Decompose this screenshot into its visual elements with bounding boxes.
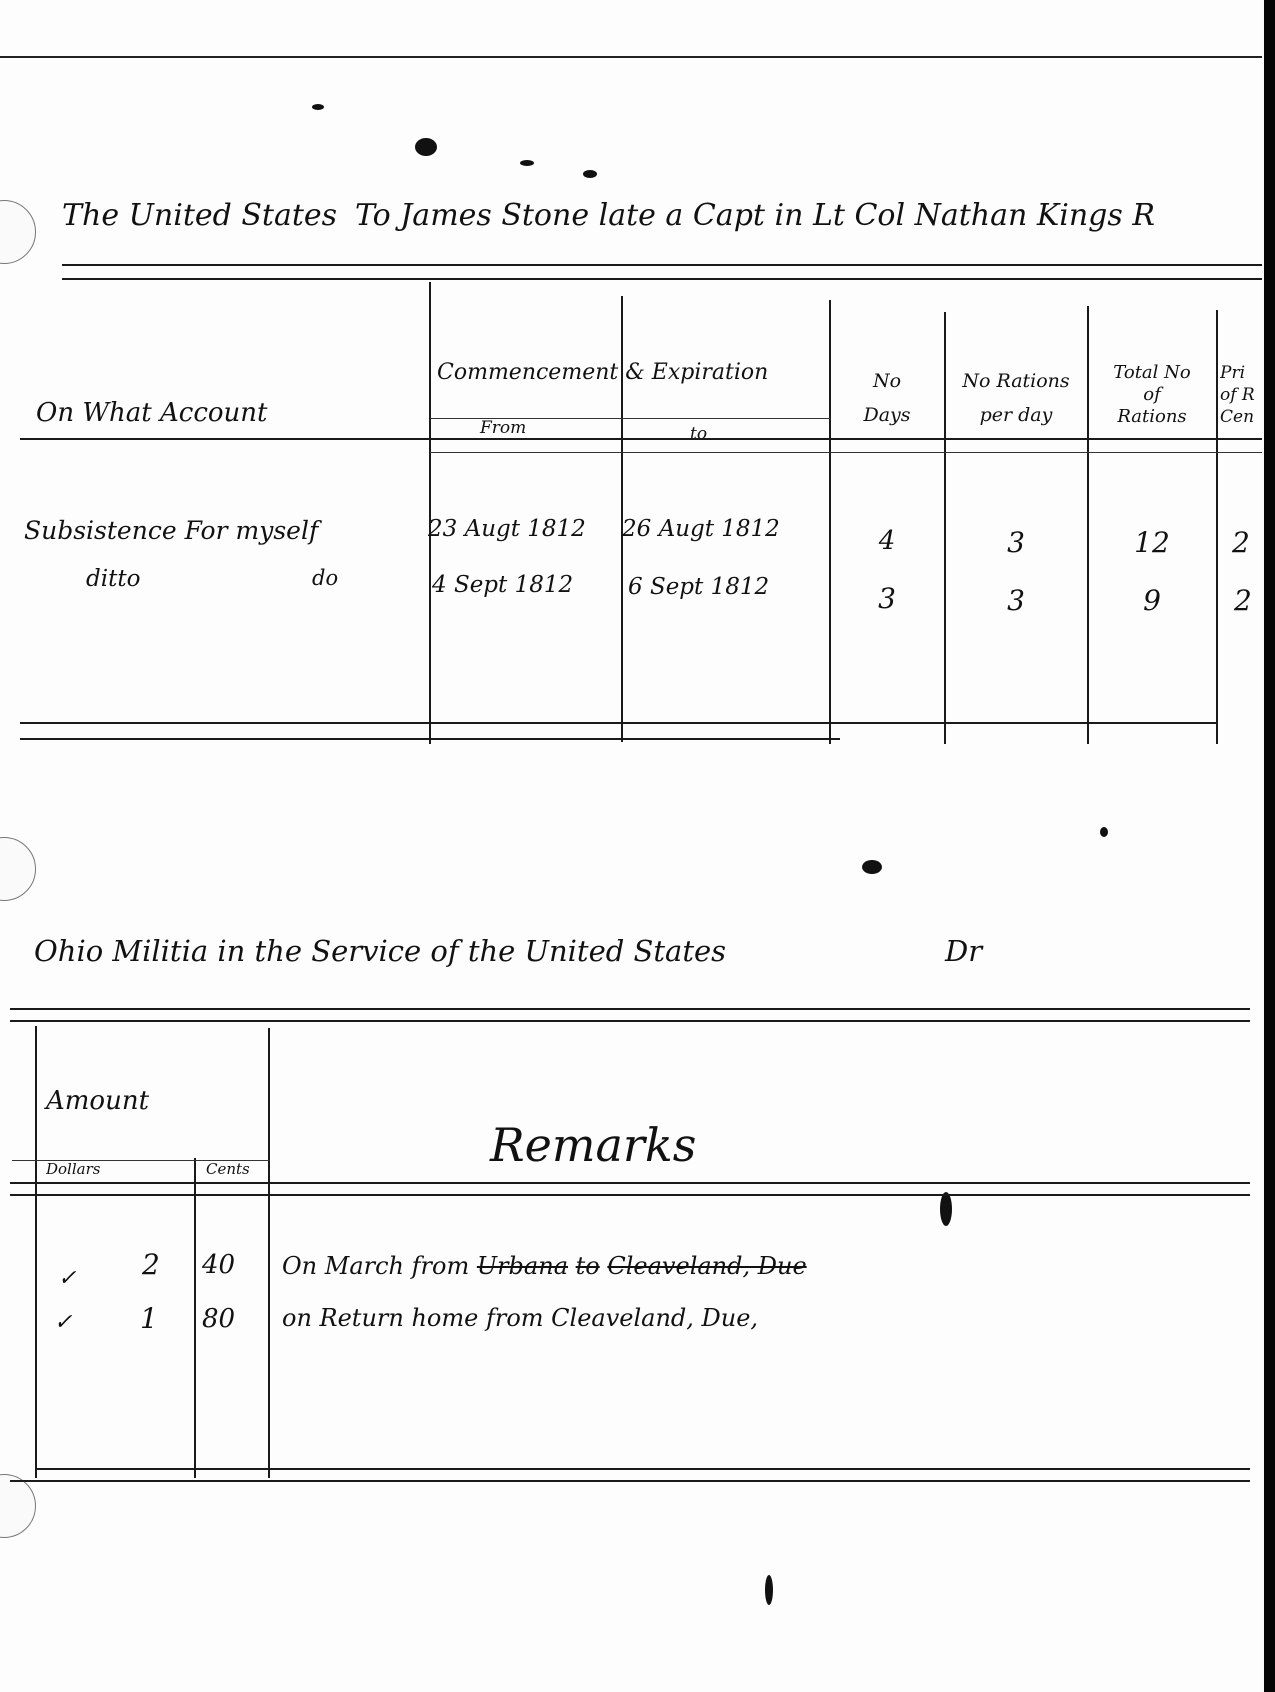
row2-to: 6 Sept 1812 xyxy=(628,574,769,600)
header-remarks: Remarks xyxy=(490,1118,696,1172)
header-no-days-line1: No xyxy=(833,364,941,398)
table2-header-bottom xyxy=(10,1182,1250,1184)
table1-header-bottom xyxy=(20,438,1262,440)
header-rations-per-day-line2: per day xyxy=(946,398,1086,432)
row1-rations-per-day: 3 xyxy=(946,526,1086,559)
heading-bottom-line-2 xyxy=(10,1020,1250,1022)
row1-price: 2 xyxy=(1232,526,1250,559)
header-price-line2: of R xyxy=(1220,384,1262,406)
table1-bottom-border-2 xyxy=(20,738,840,740)
ink-speck xyxy=(1100,827,1108,837)
header-price-line3: Cen xyxy=(1220,406,1262,428)
heading-bottom-part2: Dr xyxy=(945,934,982,968)
ink-speck xyxy=(862,860,882,874)
row2-dollars: 1 xyxy=(140,1302,158,1335)
table1-col-divider xyxy=(1087,306,1089,744)
ink-speck xyxy=(312,104,324,110)
row1-remark-prefix: On March from xyxy=(282,1252,469,1280)
table2-bottom-border xyxy=(35,1468,1250,1470)
header-on-what-account: On What Account xyxy=(36,398,268,428)
ink-speck xyxy=(520,160,534,166)
table1-top-border xyxy=(62,278,1262,280)
binder-hole-middle xyxy=(0,837,36,901)
header-total-rations: Total No of Rations xyxy=(1090,362,1214,428)
header-no-days: No Days xyxy=(833,364,941,432)
header-amount: Amount xyxy=(46,1086,149,1116)
header-rations-per-day: No Rations per day xyxy=(946,364,1086,432)
row2-days: 3 xyxy=(833,582,941,615)
row2-cents: 80 xyxy=(202,1304,235,1334)
row2-account-suffix: do xyxy=(312,566,338,590)
header-from: From xyxy=(480,418,526,438)
row1-from: 23 Augt 1812 xyxy=(428,516,586,542)
table2-header-bottom-2 xyxy=(10,1194,1250,1196)
heading-top-underline xyxy=(62,264,1262,266)
row1-to: 26 Augt 1812 xyxy=(622,516,780,542)
header-price-line1: Pri xyxy=(1220,362,1262,384)
document-page: The United States To James Stone late a … xyxy=(0,0,1262,1692)
header-to: to xyxy=(690,424,707,444)
row2-remark: on Return home from Cleaveland, Due, xyxy=(282,1304,758,1332)
ink-speck xyxy=(415,138,437,156)
row1-remark-to: to xyxy=(576,1252,600,1280)
table2-dollars-cents-divider xyxy=(194,1158,196,1478)
binder-hole-top xyxy=(0,200,36,264)
row1-remark: On March from Urbana to Cleaveland, Due xyxy=(282,1252,807,1280)
heading-bottom-line xyxy=(10,1008,1250,1010)
table1-header-bottom-2 xyxy=(429,452,1262,453)
header-commencement-expiration: Commencement & Expiration xyxy=(437,360,768,385)
header-dollars: Dollars xyxy=(46,1160,100,1178)
row1-days: 4 xyxy=(833,526,941,556)
header-total-rations-line3: Rations xyxy=(1090,406,1214,428)
row2-from: 4 Sept 1812 xyxy=(432,572,573,598)
table1-col-divider xyxy=(829,300,831,744)
header-no-days-line2: Days xyxy=(833,398,941,432)
table1-bottom-border xyxy=(20,722,1216,724)
row1-total-rations: 12 xyxy=(1090,526,1214,559)
row2-total-rations: 9 xyxy=(1090,584,1214,617)
heading-top-part2: To James Stone late a Capt in Lt Col Nat… xyxy=(355,198,1155,233)
heading-bottom-part1: Ohio Militia in the Service of the Unite… xyxy=(34,934,726,968)
row2-account: ditto xyxy=(86,566,140,592)
ink-speck xyxy=(765,1575,773,1605)
header-total-rations-line1: Total No xyxy=(1090,362,1214,384)
row1-dollars: 2 xyxy=(142,1248,160,1281)
header-rations-per-day-line1: No Rations xyxy=(946,364,1086,398)
row1-remark-suffix: , Due xyxy=(743,1252,807,1280)
header-price-partial: Pri of R Cen xyxy=(1220,362,1262,428)
table1-col-divider xyxy=(1216,310,1218,744)
row2-check-mark: ✓ xyxy=(54,1310,72,1335)
row1-remark-struck-origin: Urbana xyxy=(477,1252,568,1280)
header-cents: Cents xyxy=(206,1160,250,1178)
binder-hole-bottom xyxy=(0,1474,36,1538)
header-total-rations-line2: of xyxy=(1090,384,1214,406)
ink-speck xyxy=(940,1192,952,1226)
row2-rations-per-day: 3 xyxy=(946,584,1086,617)
row1-check-mark: ✓ xyxy=(58,1266,76,1291)
scan-edge-border xyxy=(1264,0,1275,1692)
table2-left-border xyxy=(35,1026,37,1478)
row1-account: Subsistence For myself xyxy=(24,516,318,545)
table2-amount-remarks-divider xyxy=(268,1028,270,1478)
row1-cents: 40 xyxy=(202,1250,235,1280)
heading-top-part1: The United States xyxy=(62,198,337,233)
table2-bottom-border-2 xyxy=(10,1480,1250,1482)
row2-price: 2 xyxy=(1234,584,1252,617)
page-top-edge xyxy=(0,56,1262,58)
table1-col-divider xyxy=(429,282,431,744)
ink-speck xyxy=(583,170,597,178)
row1-remark-struck-destination: Cleaveland xyxy=(607,1252,742,1280)
